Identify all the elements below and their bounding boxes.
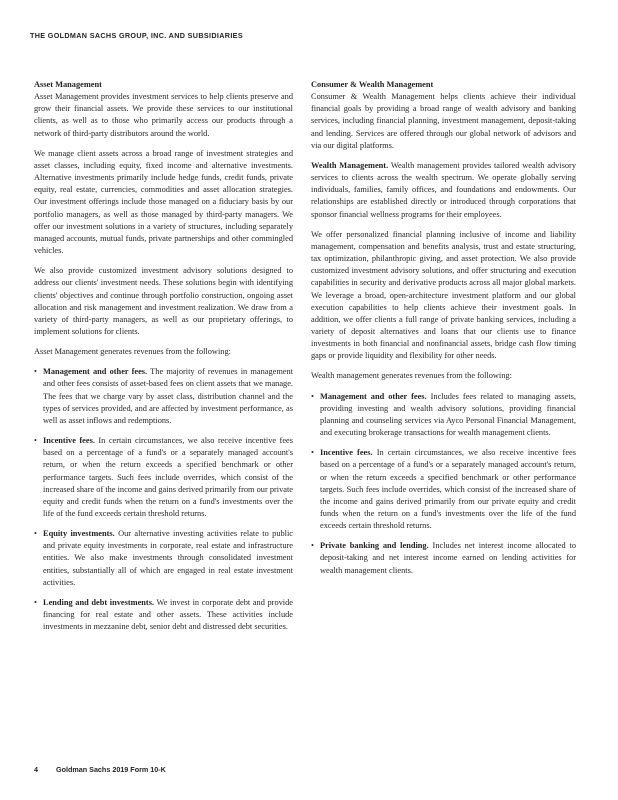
bullet-icon: •	[311, 447, 314, 459]
section-title-asset-management: Asset Management	[34, 79, 293, 91]
section-title-consumer-wealth: Consumer & Wealth Management	[311, 79, 576, 91]
revenue-list: •Management and other fees. The majority…	[34, 366, 293, 633]
bullet-icon: •	[311, 391, 314, 403]
bullet-icon: •	[34, 528, 37, 540]
list-item: •Equity investments. Our alternative inv…	[34, 528, 293, 589]
revenues-intro: Wealth management generates revenues fro…	[311, 370, 576, 382]
bullet-icon: •	[34, 366, 37, 378]
list-item: •Incentive fees. In certain circumstance…	[34, 435, 293, 520]
right-column: Consumer & Wealth Management Consumer & …	[311, 79, 576, 585]
publication-title: Goldman Sachs 2019 Form 10-K	[56, 765, 166, 774]
paragraph: We manage client assets across a broad r…	[34, 148, 293, 257]
bullet-icon: •	[311, 540, 314, 552]
wealth-management-paragraph: Wealth Management. Wealth management pro…	[311, 160, 576, 221]
list-item: •Management and other fees. The majority…	[34, 366, 293, 427]
list-item: •Incentive fees. In certain circumstance…	[311, 447, 576, 532]
list-item: •Lending and debt investments. We invest…	[34, 597, 293, 633]
list-item: •Private banking and lending. Includes n…	[311, 540, 576, 576]
list-item: •Management and other fees. Includes fee…	[311, 391, 576, 440]
bullet-icon: •	[34, 435, 37, 447]
paragraph: We also provide customized investment ad…	[34, 265, 293, 338]
page-number: 4	[34, 765, 54, 774]
revenues-intro: Asset Management generates revenues from…	[34, 346, 293, 358]
running-head: The Goldman Sachs Group, Inc. and Subsid…	[30, 31, 243, 40]
bullet-icon: •	[34, 597, 37, 609]
left-column: Asset Management Asset Management provid…	[34, 79, 293, 641]
paragraph: We offer personalized financial planning…	[311, 229, 576, 363]
page-footer: 4 Goldman Sachs 2019 Form 10-K	[34, 765, 166, 774]
consumer-wealth-intro: Consumer & Wealth Management Consumer & …	[311, 79, 576, 152]
asset-management-intro: Asset Management Asset Management provid…	[34, 79, 293, 140]
revenue-list: •Management and other fees. Includes fee…	[311, 391, 576, 577]
